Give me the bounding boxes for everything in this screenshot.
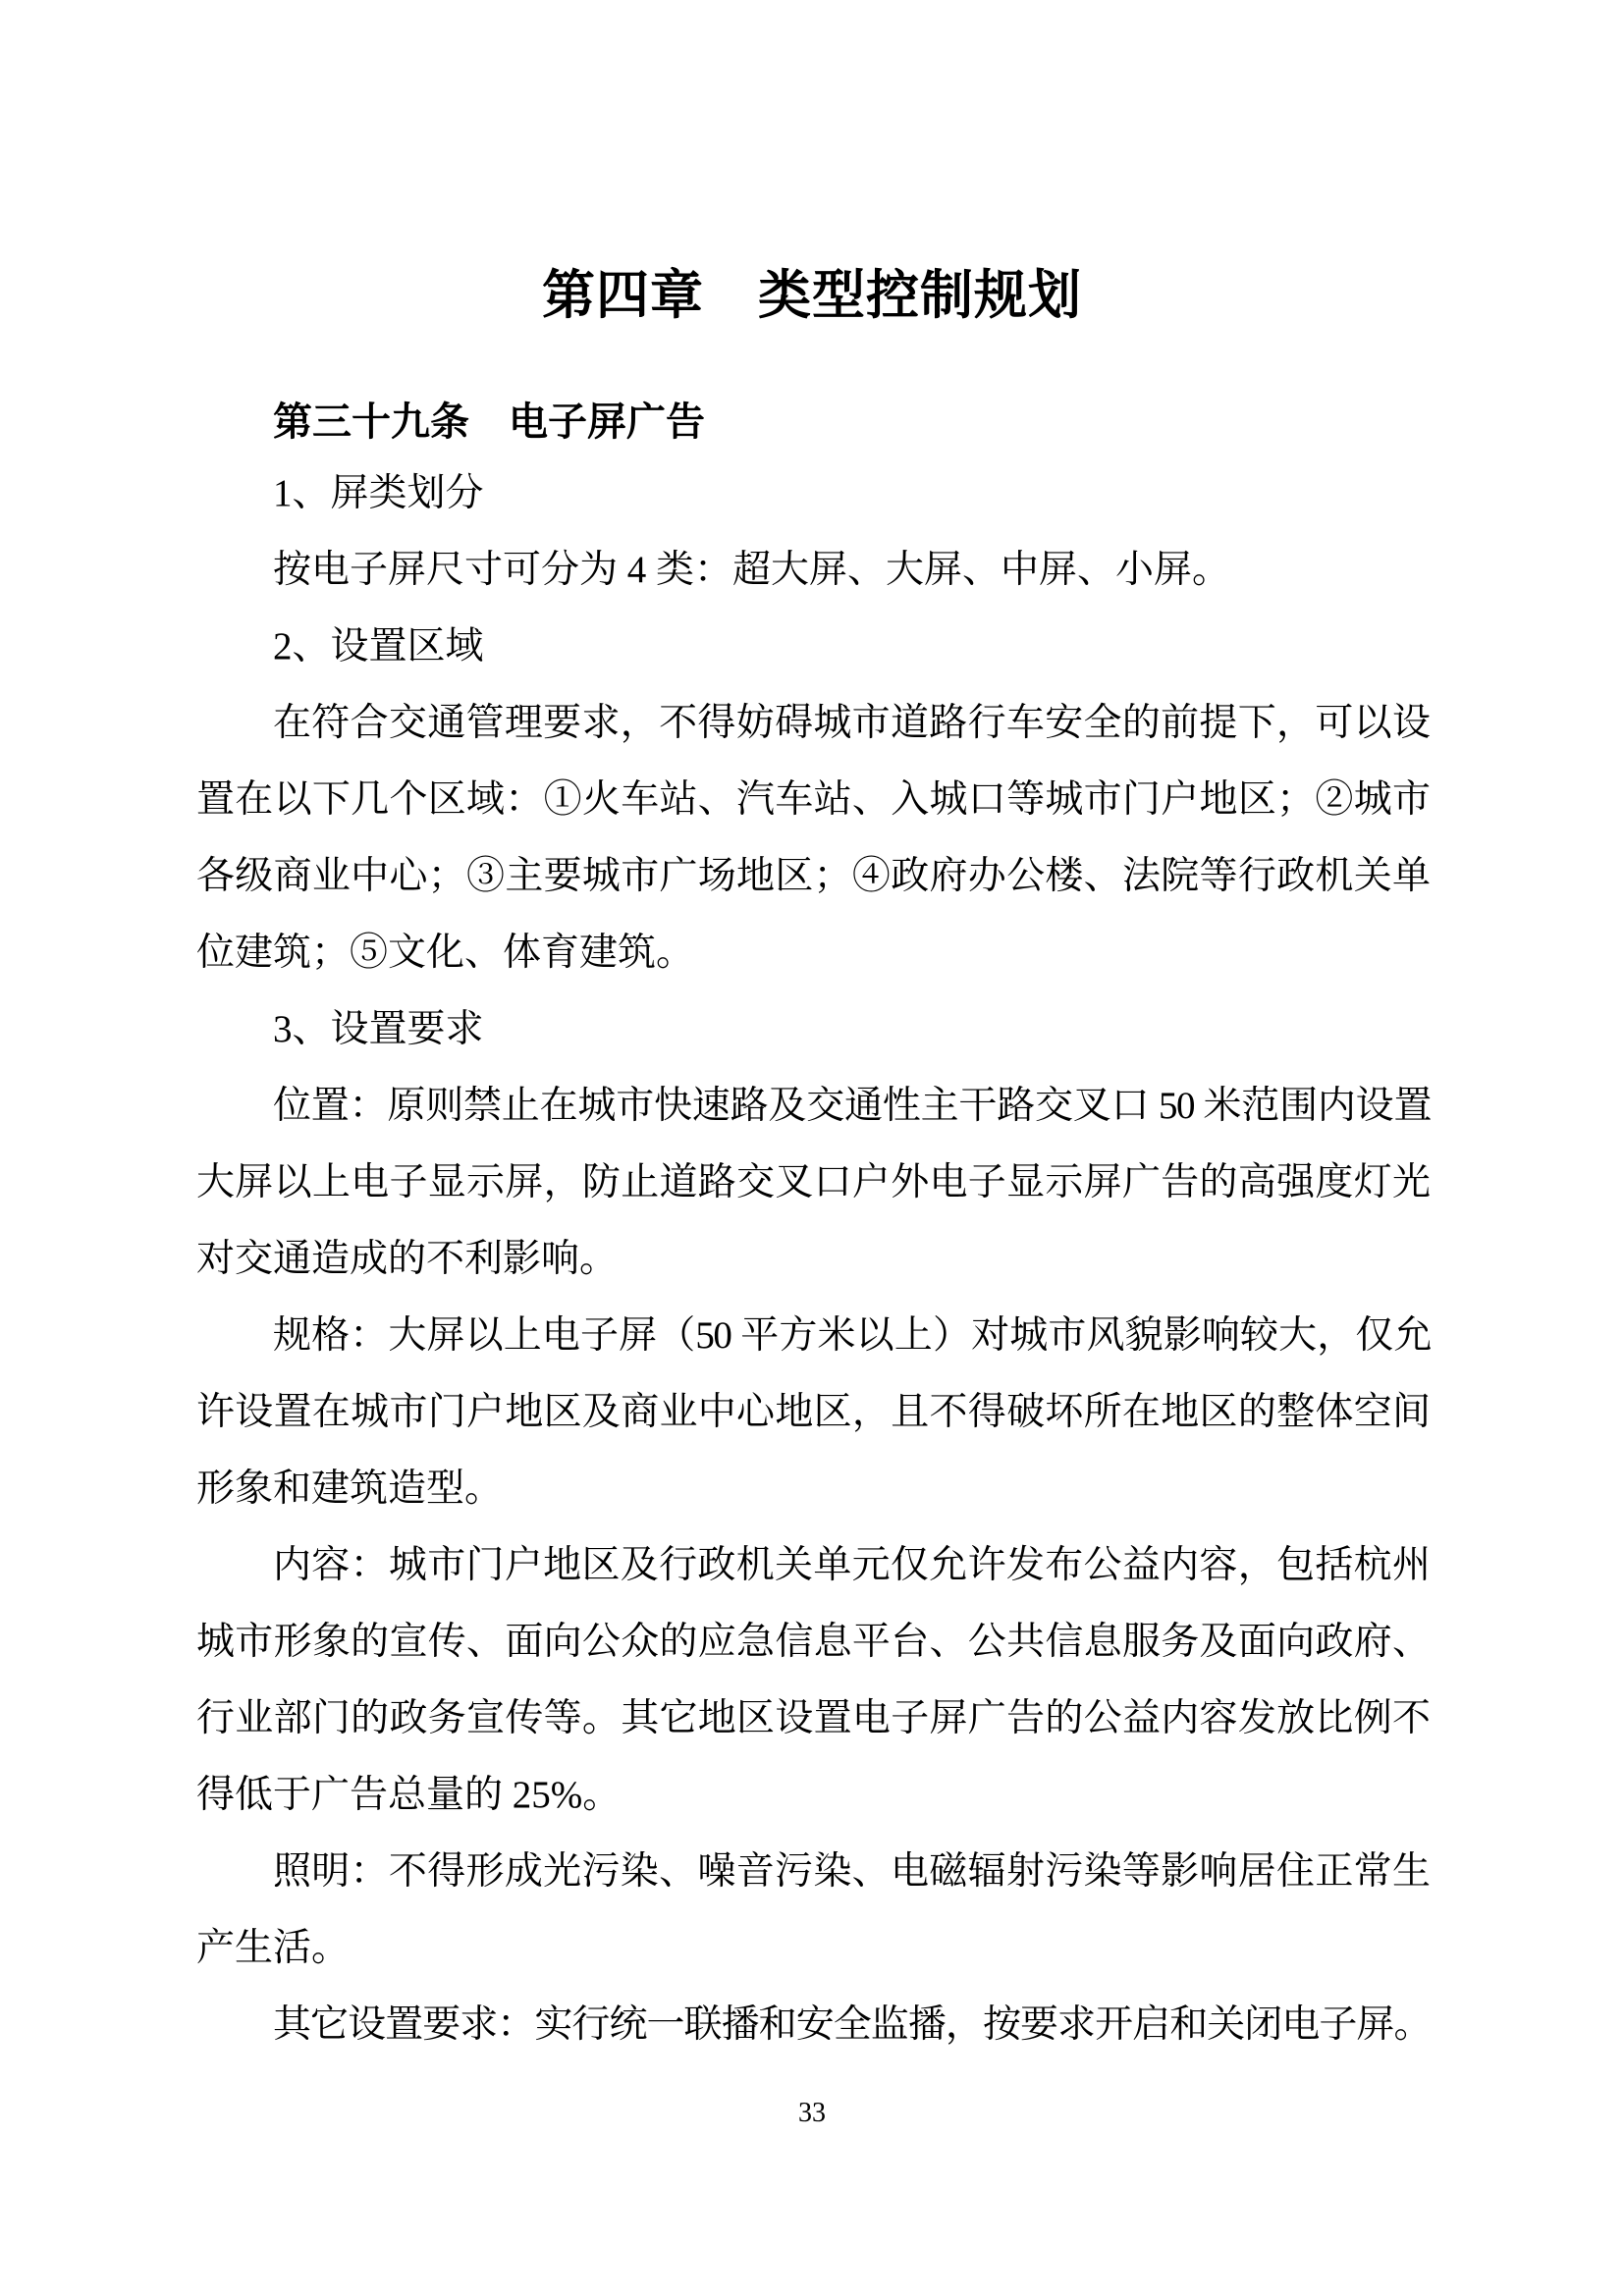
body-text-line: 按电子屏尺寸可分为 4 类：超大屏、大屏、中屏、小屏。 (196, 532, 1431, 609)
body-text-line: 城市形象的宣传、面向公众的应急信息平台、公共信息服务及面向政府、 (196, 1604, 1431, 1681)
body-text-line: 3、设置要求 (196, 991, 1431, 1068)
body-text-line: 许设置在城市门户地区及商业中心地区，且不得破坏所在地区的整体空间 (196, 1374, 1431, 1451)
body-text-line: 在符合交通管理要求，不得妨碍城市道路行车安全的前提下，可以设 (196, 685, 1431, 762)
body-text-line: 各级商业中心；③主要城市广场地区；④政府办公楼、法院等行政机关单 (196, 838, 1431, 915)
body-text-line: 规格：大屏以上电子屏（50 平方米以上）对城市风貌影响较大，仅允 (196, 1298, 1431, 1374)
body-text-line: 照明：不得形成光污染、噪音污染、电磁辐射污染等影响居住正常生 (196, 1834, 1431, 1910)
body-text-line: 位建筑；⑤文化、体育建筑。 (196, 915, 1431, 991)
article-heading: 第三十九条 电子屏广告 (196, 393, 1431, 452)
body-text-line: 2、设置区域 (196, 609, 1431, 685)
page-number: 33 (0, 2092, 1624, 2135)
body-text-line: 产生活。 (196, 1910, 1431, 1987)
body-text-line: 行业部门的政务宣传等。其它地区设置电子屏广告的公益内容发放比例不 (196, 1681, 1431, 1757)
body-text-line: 对交通造成的不利影响。 (196, 1221, 1431, 1298)
document-page: 第四章 类型控制规划 第三十九条 电子屏广告 1、屏类划分按电子屏尺寸可分为 4… (0, 0, 1624, 2296)
body-text-line: 位置：原则禁止在城市快速路及交通性主干路交叉口 50 米范围内设置 (196, 1068, 1431, 1145)
body-text-line: 大屏以上电子显示屏，防止道路交叉口户外电子显示屏广告的高强度灯光 (196, 1145, 1431, 1221)
body-text-line: 置在以下几个区域：①火车站、汽车站、入城口等城市门户地区；②城市 (196, 762, 1431, 838)
article-body: 1、屏类划分按电子屏尺寸可分为 4 类：超大屏、大屏、中屏、小屏。2、设置区域在… (196, 455, 1431, 2063)
body-text-line: 得低于广告总量的 25%。 (196, 1757, 1431, 1834)
body-text-line: 1、屏类划分 (196, 455, 1431, 532)
chapter-title: 第四章 类型控制规划 (0, 263, 1624, 328)
body-text-line: 形象和建筑造型。 (196, 1451, 1431, 1527)
body-text-line: 内容：城市门户地区及行政机关单元仅允许发布公益内容，包括杭州 (196, 1527, 1431, 1604)
body-text-line: 其它设置要求：实行统一联播和安全监播，按要求开启和关闭电子屏。 (196, 1987, 1431, 2063)
